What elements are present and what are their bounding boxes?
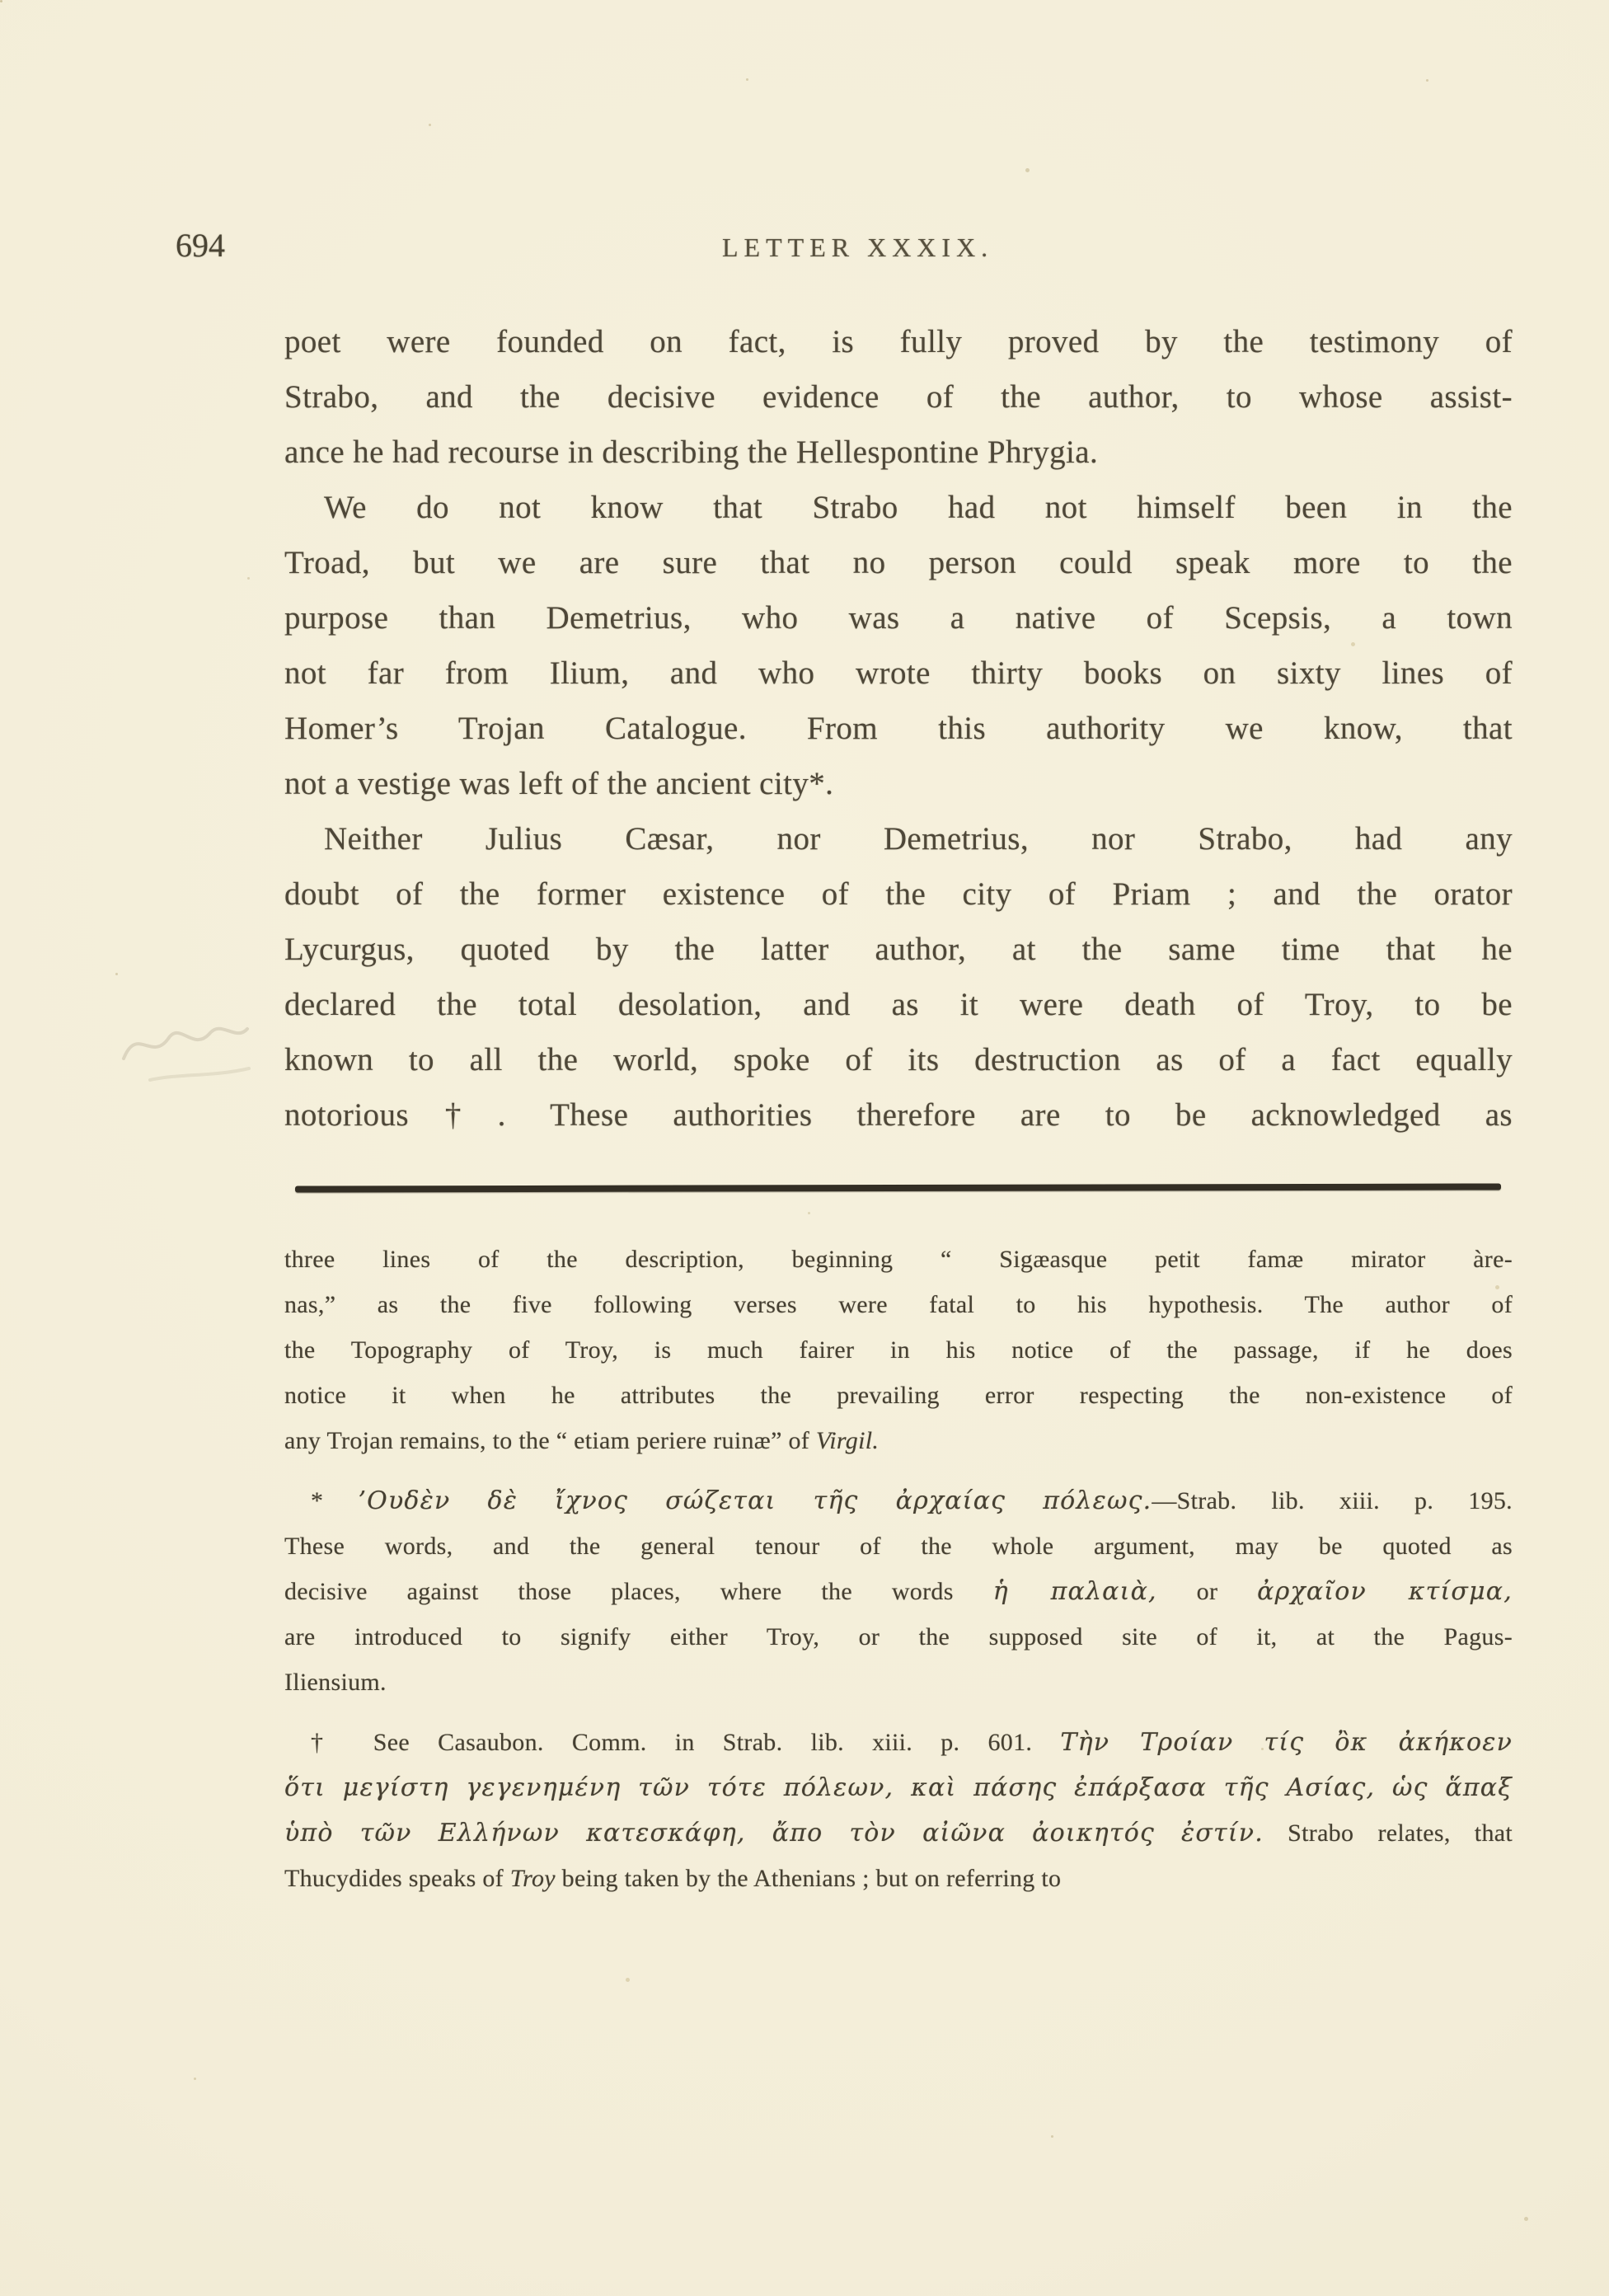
text-segment: are introduced to signify either Troy, o… bbox=[284, 1623, 1513, 1650]
text-segment: Lycurgus, quoted by the latter author, a… bbox=[284, 932, 1513, 967]
text-segment: declared the total desolation, and as it… bbox=[284, 987, 1513, 1022]
text-line: not far from Ilium, and who wrote thirty… bbox=[284, 646, 1513, 701]
text-segment: Iliensium. bbox=[284, 1669, 387, 1696]
text-segment: Strabo relates, that bbox=[1264, 1819, 1513, 1847]
footnotes: three lines of the description, beginnin… bbox=[284, 1237, 1513, 1901]
text-segment: Troad, but we are sure that no person co… bbox=[284, 545, 1513, 580]
main-text: poet were founded on fact, is fully prov… bbox=[284, 314, 1513, 1143]
text-segment: —Strab. lib. xiii. p. 195. bbox=[1152, 1487, 1513, 1514]
italic-text: Virgil. bbox=[816, 1427, 879, 1454]
paragraph: Neither Julius Cæsar, nor Demetrius, nor… bbox=[284, 811, 1513, 1143]
text-segment: We do not know that Strabo had not himse… bbox=[324, 490, 1513, 525]
text-segment: nas,” as the five following verses were … bbox=[284, 1291, 1513, 1318]
text-line: ὅτι μεγίστη γεγενημένη τῶν τότε πόλεων, … bbox=[284, 1765, 1513, 1810]
text-line: poet were founded on fact, is fully prov… bbox=[284, 314, 1513, 369]
text-line: notice it when he attributes the prevail… bbox=[284, 1373, 1513, 1418]
text-segment: decisive against those places, where the… bbox=[284, 1578, 993, 1605]
text-segment: any Trojan remains, to the “ etiam perie… bbox=[284, 1427, 816, 1454]
paragraph: * ’Ουδὲν δὲ ἴχνος σώζεται τῆς ἀρχαίας πό… bbox=[284, 1478, 1513, 1705]
text-segment: being taken by the Athenians ; but on re… bbox=[556, 1865, 1061, 1892]
text-segment: notorious†. These authorities therefore … bbox=[284, 1097, 1513, 1133]
text-segment: Strabo, and the decisive evidence of the… bbox=[284, 379, 1513, 415]
text-line: ὑπὸ τῶν Ελλήνων κατεσκάφη, ἄπο τὸν αἰῶνα… bbox=[284, 1810, 1513, 1856]
text-line: decisive against those places, where the… bbox=[284, 1569, 1513, 1614]
italic-text: Troy bbox=[510, 1865, 556, 1892]
text-line: Lycurgus, quoted by the latter author, a… bbox=[284, 922, 1513, 977]
text-line: Troad, but we are sure that no person co… bbox=[284, 535, 1513, 590]
text-segment: * bbox=[311, 1487, 358, 1514]
text-line: the Topography of Troy, is much fairer i… bbox=[284, 1327, 1513, 1373]
text-line: Neither Julius Cæsar, nor Demetrius, nor… bbox=[284, 811, 1513, 866]
text-segment: the Topography of Troy, is much fairer i… bbox=[284, 1336, 1513, 1364]
text-segment: † See Casaubon. Comm. in Strab. lib. xii… bbox=[311, 1729, 1060, 1756]
text-segment: not a vestige was left of the ancient ci… bbox=[284, 766, 833, 801]
text-segment: three lines of the description, beginnin… bbox=[284, 1246, 1513, 1273]
text-line: Iliensium. bbox=[284, 1660, 1513, 1705]
text-segment: known to all the world, spoke of its des… bbox=[284, 1042, 1513, 1078]
running-title: LETTER XXXIX. bbox=[722, 228, 993, 267]
text-line: purpose than Demetrius, who was a native… bbox=[284, 590, 1513, 646]
greek-text: ὅτι μεγίστη γεγενημένη τῶν τότε πόλεων, … bbox=[284, 1773, 1513, 1802]
text-line: doubt of the former existence of the cit… bbox=[284, 866, 1513, 922]
text-line: are introduced to signify either Troy, o… bbox=[284, 1614, 1513, 1660]
paper-specks bbox=[0, 0, 2, 2]
text-line: not a vestige was left of the ancient ci… bbox=[284, 756, 1513, 811]
text-segment: ance he had recourse in describing the H… bbox=[284, 434, 1098, 470]
text-line: declared the total desolation, and as it… bbox=[284, 977, 1513, 1032]
paragraph: three lines of the description, beginnin… bbox=[284, 1237, 1513, 1463]
text-line: Homer’s Trojan Catalogue. From this auth… bbox=[284, 701, 1513, 756]
greek-text: ἡ παλαιὰ, bbox=[993, 1577, 1157, 1606]
text-line: nas,” as the five following verses were … bbox=[284, 1282, 1513, 1327]
paragraph: † See Casaubon. Comm. in Strab. lib. xii… bbox=[284, 1720, 1513, 1901]
faint-pencil-mark bbox=[114, 1007, 258, 1094]
text-line: Thucydides speaks of Troy being taken by… bbox=[284, 1856, 1513, 1901]
text-segment: Neither Julius Cæsar, nor Demetrius, nor… bbox=[324, 821, 1513, 857]
paragraph: We do not know that Strabo had not himse… bbox=[284, 480, 1513, 811]
text-segment: not far from Ilium, and who wrote thirty… bbox=[284, 655, 1513, 691]
paragraph: poet were founded on fact, is fully prov… bbox=[284, 314, 1513, 480]
text-segment: or bbox=[1157, 1578, 1257, 1605]
text-line: ance he had recourse in describing the H… bbox=[284, 425, 1513, 480]
greek-text: ὑπὸ τῶν Ελλήνων κατεσκάφη, ἄπο τὸν αἰῶνα… bbox=[284, 1819, 1264, 1848]
text-segment: These words, and the general tenour of t… bbox=[284, 1533, 1513, 1560]
text-segment: Thucydides speaks of bbox=[284, 1865, 510, 1892]
text-line: We do not know that Strabo had not himse… bbox=[284, 480, 1513, 535]
text-line: † See Casaubon. Comm. in Strab. lib. xii… bbox=[284, 1720, 1513, 1765]
text-line: any Trojan remains, to the “ etiam perie… bbox=[284, 1418, 1513, 1463]
footnote-separator bbox=[295, 1183, 1501, 1192]
text-line: notorious†. These authorities therefore … bbox=[284, 1087, 1513, 1143]
page-number: 694 bbox=[176, 224, 225, 267]
text-line: * ’Ουδὲν δὲ ἴχνος σώζεται τῆς ἀρχαίας πό… bbox=[284, 1478, 1513, 1524]
text-segment: Homer’s Trojan Catalogue. From this auth… bbox=[284, 711, 1513, 746]
text-segment: doubt of the former existence of the cit… bbox=[284, 876, 1513, 912]
text-line: three lines of the description, beginnin… bbox=[284, 1237, 1513, 1282]
text-segment: poet were founded on fact, is fully prov… bbox=[284, 324, 1513, 359]
text-line: known to all the world, spoke of its des… bbox=[284, 1032, 1513, 1087]
greek-text: ’Ουδὲν δὲ ἴχνος σώζεται τῆς ἀρχαίας πόλε… bbox=[358, 1486, 1152, 1515]
page-header: 694 LETTER XXXIX. bbox=[0, 224, 1609, 267]
text-segment: notice it when he attributes the prevail… bbox=[284, 1382, 1513, 1409]
text-line: Strabo, and the decisive evidence of the… bbox=[284, 369, 1513, 425]
text-line: These words, and the general tenour of t… bbox=[284, 1524, 1513, 1569]
greek-text: Τὴν Τροίαν τίς ὂκ ἀκήκοεν bbox=[1060, 1728, 1513, 1757]
greek-text: ἀρχαῖον κτίσμα, bbox=[1257, 1577, 1513, 1606]
book-page: 694 LETTER XXXIX. poet were founded on f… bbox=[0, 0, 1609, 2296]
text-segment: purpose than Demetrius, who was a native… bbox=[284, 600, 1513, 636]
